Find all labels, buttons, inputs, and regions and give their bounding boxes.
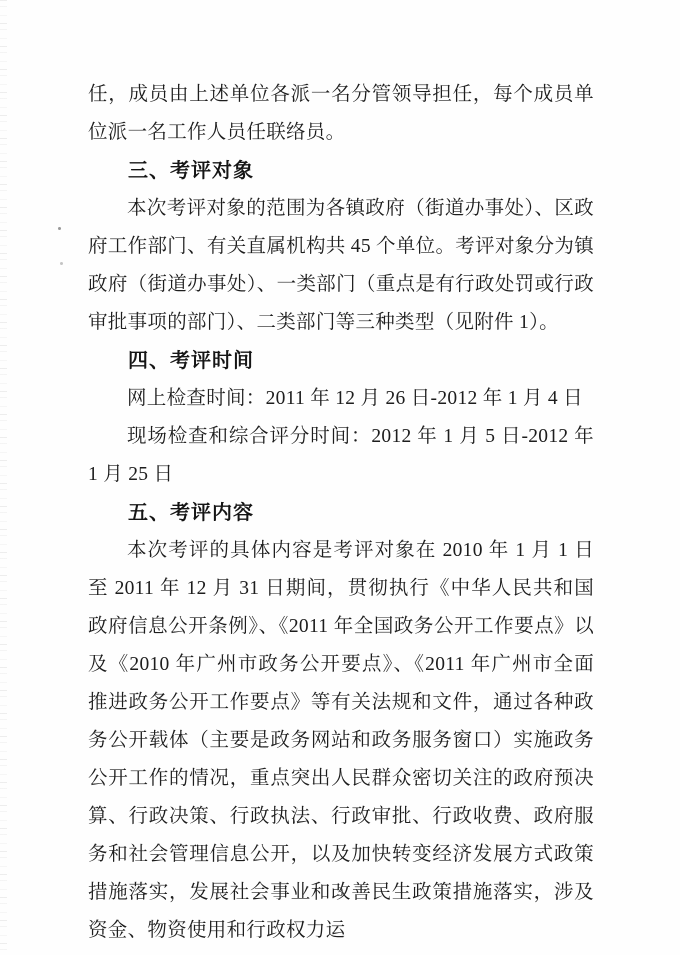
- scan-speck: [58, 227, 61, 230]
- scan-edge-noise: [0, 0, 7, 955]
- body-paragraph: 本次考评对象的范围为各镇政府（街道办事处）、区政府工作部门、有关直属机构共 45…: [88, 190, 594, 342]
- text-blocks: 任，成员由上述单位各派一名分管领导担任，每个成员单位派一名工作人员任联络员。三、…: [88, 76, 594, 950]
- body-paragraph: 任，成员由上述单位各派一名分管领导担任，每个成员单位派一名工作人员任联络员。: [88, 76, 594, 152]
- body-paragraph: 现场检查和综合评分时间：2012 年 1 月 5 日-2012 年 1 月 25…: [88, 418, 594, 494]
- document-page: 任，成员由上述单位各派一名分管领导担任，每个成员单位派一名工作人员任联络员。三、…: [0, 0, 680, 955]
- section-heading: 四、考评时间: [88, 342, 594, 380]
- section-heading: 三、考评对象: [88, 152, 594, 190]
- scan-speck: [60, 262, 63, 265]
- page-number: 3: [0, 884, 680, 900]
- body-paragraph: 网上检查时间：2011 年 12 月 26 日-2012 年 1 月 4 日: [88, 380, 594, 418]
- section-heading: 五、考评内容: [88, 494, 594, 532]
